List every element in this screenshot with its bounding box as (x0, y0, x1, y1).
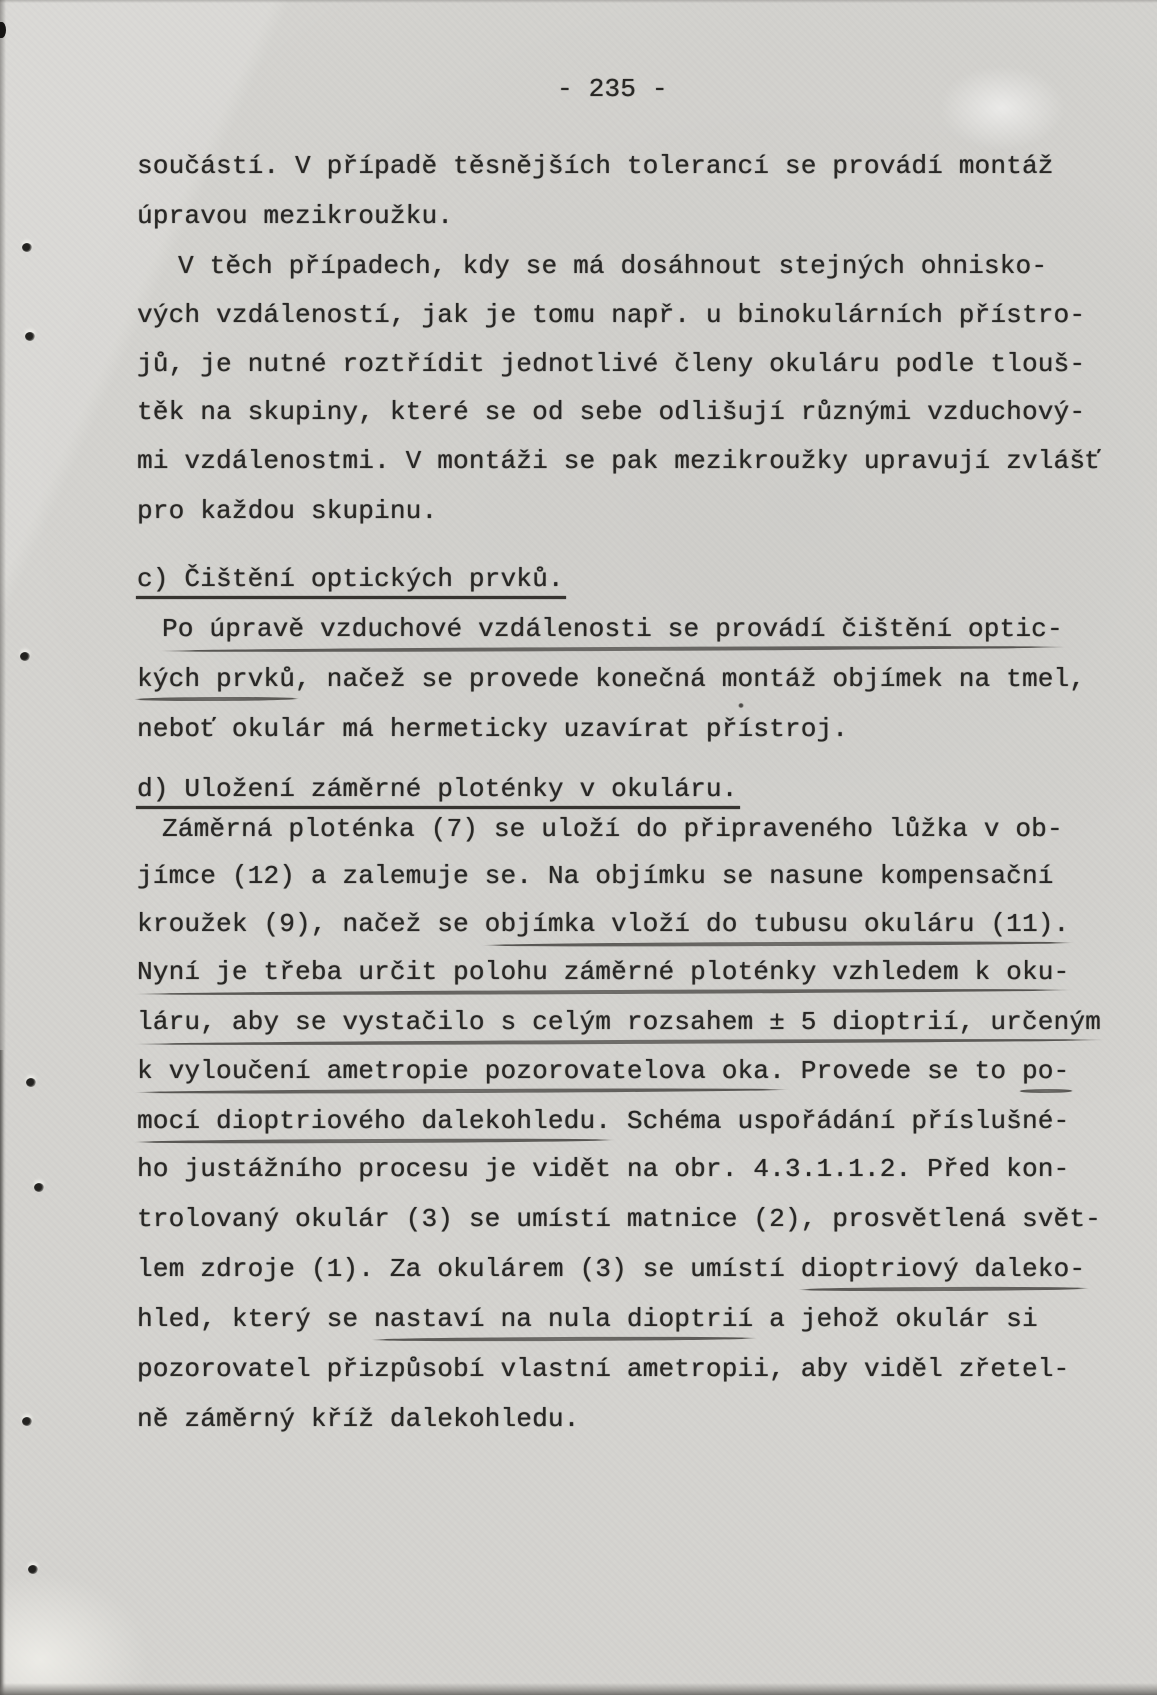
underlined-text: po- (1022, 1056, 1069, 1086)
page-edge-shadow-bottom (0, 1683, 1157, 1695)
text-segment: neboť okulár má hermeticky uzavírat přís… (137, 714, 848, 744)
page-edge-shadow-left-lower (0, 1050, 4, 1695)
text-segment: těk na skupiny, které se od sebe odlišuj… (137, 397, 1085, 427)
text-line: neboť okulár má hermeticky uzavírat přís… (137, 714, 848, 744)
text-line: pro každou skupinu. (137, 496, 437, 526)
text-line: mocí dioptriového dalekohledu. Schéma us… (137, 1106, 1069, 1136)
underlined-text: kých prvků (137, 664, 295, 694)
text-segment: pro každou skupinu. (137, 496, 437, 526)
text-segment: vých vzdáleností, jak je tomu např. u bi… (137, 300, 1085, 330)
underlined-text: d) Uložení záměrné ploténky v okuláru. (137, 774, 738, 804)
text-line: jímce (12) a zalemuje se. Na objímku se … (137, 861, 1054, 891)
scanned-page: - 235 -součástí. V případě těsnějších to… (0, 0, 1157, 1695)
text-segment: ho justážního procesu je vidět na obr. 4… (137, 1154, 1069, 1184)
text-segment: kroužek (9), načež se (137, 909, 485, 939)
ink-speck (28, 1565, 38, 1574)
ink-speck (20, 652, 30, 661)
text-line: trolovaný okulár (3) se umístí matnice (… (137, 1204, 1101, 1234)
text-line: těk na skupiny, které se od sebe odlišuj… (137, 397, 1085, 427)
page-number: - 235 - (557, 74, 668, 104)
underlined-text: Nyní je třeba určit polohu záměrné ploté… (137, 957, 1069, 987)
underlined-text: k vyloučení ametropie pozorovatelova oka… (137, 1056, 785, 1086)
text-segment: hled, který se (137, 1304, 374, 1334)
page-edge-shadow-top (0, 0, 1157, 3)
section-heading: c) Čištění optických prvků. (137, 564, 564, 594)
text-line: láru, aby se vystačilo s celým rozsahem … (137, 1007, 1101, 1037)
text-line: Nyní je třeba určit polohu záměrné ploté… (137, 957, 1069, 987)
text-line: kroužek (9), načež se objímka vloží do t… (137, 909, 1069, 939)
text-line: mi vzdálenostmi. V montáži se pak mezikr… (137, 446, 1101, 476)
pencil-dot (738, 703, 744, 708)
underlined-text: nastaví na nula dioptrií (374, 1304, 753, 1334)
text-line: součástí. V případě těsnějších tolerancí… (137, 151, 1054, 181)
text-segment: V těch případech, kdy se má dosáhnout st… (178, 251, 1047, 281)
text-segment: , načež se provede konečná montáž objíme… (295, 664, 1085, 694)
text-segment: a jehož okulár si (753, 1304, 1037, 1334)
text-line: vých vzdáleností, jak je tomu např. u bi… (137, 300, 1085, 330)
ink-speck (34, 1183, 44, 1192)
underlined-text: mocí dioptriového dalekohledu. (137, 1106, 611, 1136)
underlined-text: láru, aby se vystačilo s celým rozsahem … (137, 1007, 1101, 1037)
ink-speck (22, 1417, 32, 1426)
text-line: Po úpravě vzduchové vzdálenosti se prová… (162, 614, 1063, 644)
ink-speck (22, 243, 32, 252)
text-segment: lem zdroje (1). Za okulárem (3) se umíst… (137, 1254, 801, 1284)
text-segment: součástí. V případě těsnějších tolerancí… (137, 151, 1054, 181)
text-line: lem zdroje (1). Za okulárem (3) se umíst… (137, 1254, 1085, 1284)
underlined-text: Po úpravě vzduchové vzdálenosti se prová… (162, 614, 1063, 644)
underlined-text: c) Čištění optických prvků. (137, 564, 564, 594)
text-segment: ně záměrný kříž dalekohledu. (137, 1404, 579, 1434)
text-line: V těch případech, kdy se má dosáhnout st… (178, 251, 1047, 281)
text-segment: úpravou mezikroužku. (137, 201, 453, 231)
text-line: jů, je nutné roztřídit jednotlivé členy … (137, 349, 1085, 379)
underlined-text: objímka vloží do tubusu okuláru (11). (485, 909, 1070, 939)
section-heading: d) Uložení záměrné ploténky v okuláru. (137, 774, 738, 804)
ink-speck (26, 1078, 36, 1087)
text-line: Záměrná ploténka (7) se uloží do připrav… (162, 814, 1063, 844)
text-segment: jů, je nutné roztřídit jednotlivé členy … (137, 349, 1085, 379)
text-line: hled, který se nastaví na nula dioptrií … (137, 1304, 1038, 1334)
text-line: ho justážního procesu je vidět na obr. 4… (137, 1154, 1069, 1184)
text-segment: Provede se to (785, 1056, 1022, 1086)
underlined-text: dioptriový daleko- (801, 1254, 1085, 1284)
text-segment: - 235 - (557, 74, 668, 104)
text-segment: mi vzdálenostmi. V montáži se pak mezikr… (137, 446, 1101, 476)
text-segment: trolovaný okulár (3) se umístí matnice (… (137, 1204, 1101, 1234)
text-segment: pozorovatel přizpůsobí vlastní ametropii… (137, 1354, 1069, 1384)
text-line: k vyloučení ametropie pozorovatelova oka… (137, 1056, 1069, 1086)
ink-speck (25, 332, 35, 341)
text-segment: Schéma uspořádání příslušné- (611, 1106, 1069, 1136)
text-segment: Záměrná ploténka (7) se uloží do připrav… (162, 814, 1063, 844)
text-line: pozorovatel přizpůsobí vlastní ametropii… (137, 1354, 1069, 1384)
text-segment: jímce (12) a zalemuje se. Na objímku se … (137, 861, 1054, 891)
text-line: úpravou mezikroužku. (137, 201, 453, 231)
text-line: ně záměrný kříž dalekohledu. (137, 1404, 579, 1434)
text-line: kých prvků, načež se provede konečná mon… (137, 664, 1085, 694)
